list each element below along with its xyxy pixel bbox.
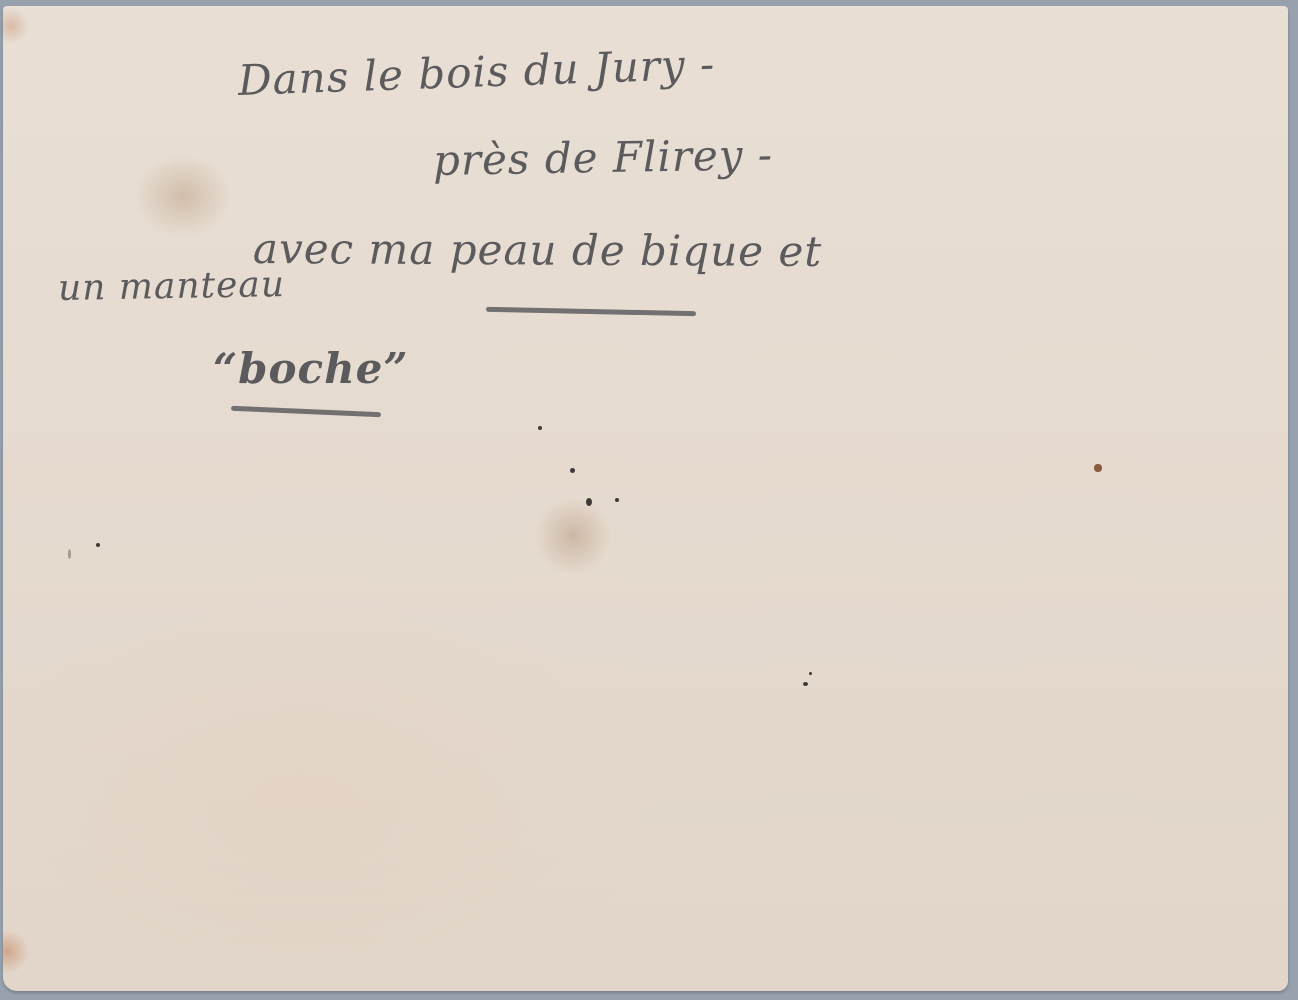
pencil-speck (615, 498, 619, 502)
pencil-speck (803, 682, 808, 686)
inscription-line-5: “boche” (213, 344, 409, 393)
underline-boche (231, 406, 381, 418)
photo-card-back: Dans le bois du Jury - près de Flirey - … (3, 6, 1288, 991)
pencil-speck (68, 549, 71, 559)
inscription-line-2: près de Flirey - (433, 130, 774, 185)
brown-spot (1094, 464, 1102, 472)
inscription-line-4: un manteau (58, 264, 286, 309)
pencil-speck (586, 498, 592, 506)
inscription-line-3: avec ma peau de bique et (253, 224, 822, 276)
inscription-line-1: Dans le bois du Jury - (237, 39, 716, 105)
pencil-speck (96, 543, 100, 547)
pencil-speck (570, 468, 575, 473)
pencil-speck (809, 672, 812, 675)
underline-peau (486, 307, 696, 316)
pencil-speck (538, 426, 542, 430)
scan-background: Dans le bois du Jury - près de Flirey - … (0, 0, 1298, 1000)
